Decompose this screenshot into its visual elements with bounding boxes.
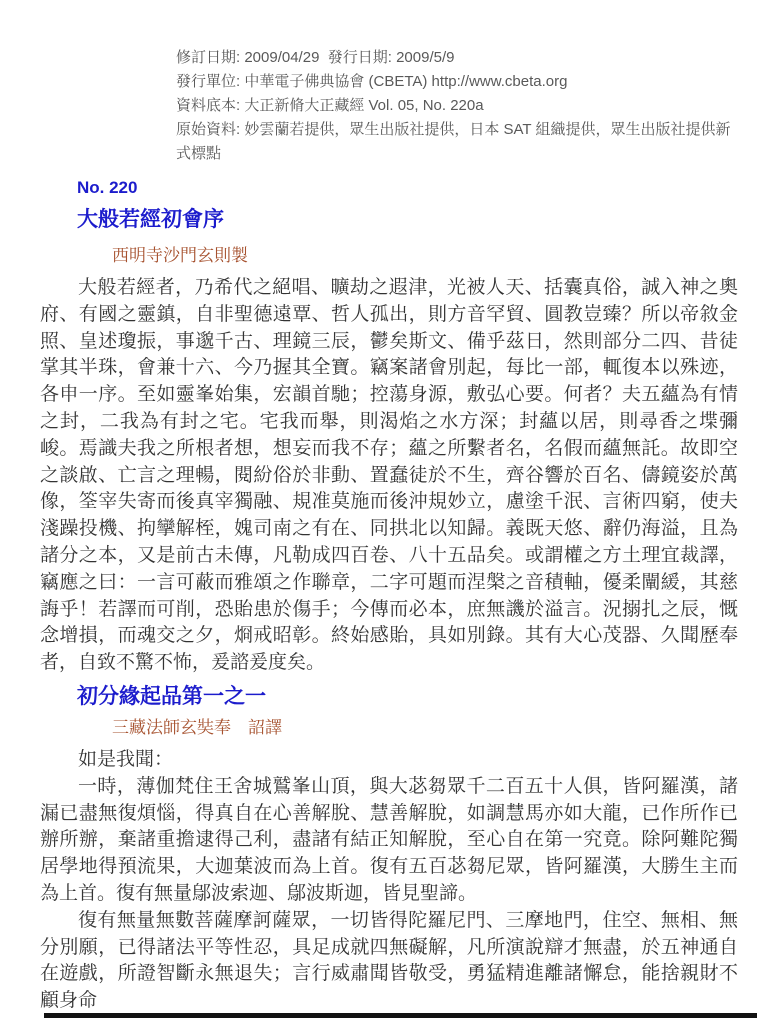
metadata-block: 修訂日期: 2009/04/29 發行日期: 2009/5/9 發行單位: 中華… [176,46,742,166]
sutra-number: No. 220 [77,178,738,198]
document-page: 修訂日期: 2009/04/29 發行日期: 2009/5/9 發行單位: 中華… [0,0,768,1024]
sutra-title: 大般若經初會序 [77,203,738,233]
body-text: 大般若經者，乃希代之絕唱、曠劫之遐津，光被人天、括囊真俗，誠入神之奧府、有國之靈… [40,275,738,1015]
preface-paragraph: 大般若經者，乃希代之絕唱、曠劫之遐津，光被人天、括囊真俗，誠入神之奧府、有國之靈… [40,275,738,677]
chapter-heading: 初分緣起品第一之一 [77,684,738,710]
meta-revision-date: 修訂日期: 2009/04/29 發行日期: 2009/5/9 [176,46,742,70]
translator-line: 三藏法師玄奘奉 詔譯 [112,715,738,741]
paragraph-assembly: 一時，薄伽梵住王舍城鷲峯山頂，與大苾芻眾千二百五十人俱，皆阿羅漢，諸漏已盡無復煩… [40,774,738,908]
preface-author: 西明寺沙門玄則製 [112,241,738,266]
paragraph-bodhisattvas: 復有無量無數菩薩摩訶薩眾，一切皆得陀羅尼門、三摩地門，住空、無相、無分別願，已得… [40,908,738,1015]
page-divider-bar [44,1013,757,1018]
page-content: 修訂日期: 2009/04/29 發行日期: 2009/5/9 發行單位: 中華… [0,0,768,1015]
meta-publisher: 發行單位: 中華電子佛典協會 (CBETA) http://www.cbeta.… [176,70,742,94]
meta-source-edition: 資料底本: 大正新脩大正藏經 Vol. 05, No. 220a [176,94,742,118]
meta-original-data: 原始資料: 妙雲蘭若提供，眾生出版社提供，日本 SAT 組織提供，眾生出版社提供… [176,118,742,166]
paragraph-thus-have-i-heard: 如是我聞： [40,747,738,774]
